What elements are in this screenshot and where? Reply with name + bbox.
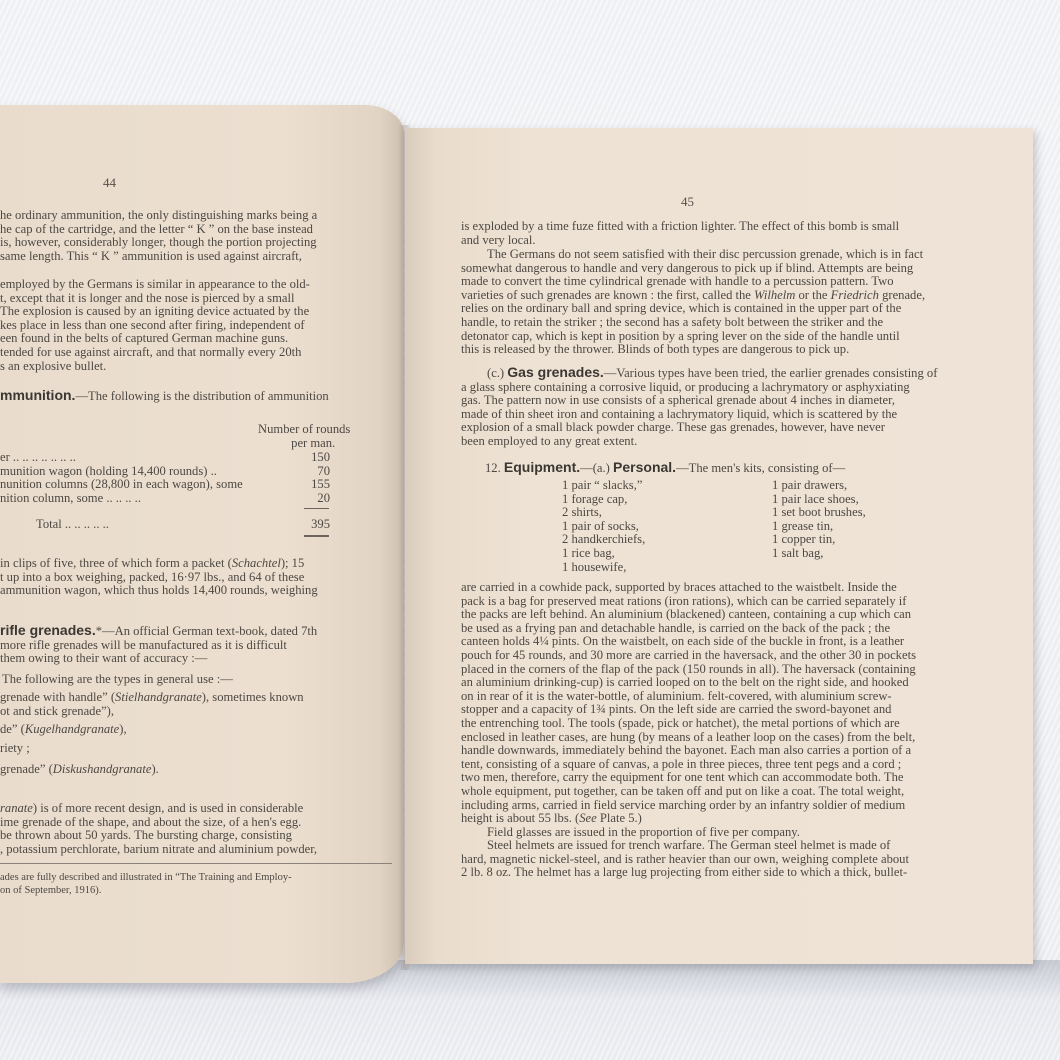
rifle-grenades-heading: rifle grenades. — [0, 622, 96, 638]
table-total: Total .. .. .. .. .. 395 — [0, 518, 330, 532]
list-item: 1 pair drawers, — [772, 479, 866, 493]
ammunition-section: mmunition.—The following is the distribu… — [0, 389, 390, 404]
list-item: 1 grease tin, — [772, 520, 866, 534]
table-rule-top — [304, 508, 329, 509]
list-item: 1 forage cap, — [562, 493, 645, 507]
list-item: ot and stick grenade”), — [0, 705, 386, 719]
right-para-3: are carried in a cowhide pack, supported… — [461, 581, 989, 880]
table-row: nition column, some .. .. .. .. 20 — [0, 492, 330, 506]
field-glasses-para: Field glasses are issued in the proporti… — [461, 826, 989, 840]
right-para-1: is exploded by a time fuze fitted with a… — [461, 220, 989, 247]
personal-heading: Personal. — [613, 459, 676, 475]
table-row: munition wagon (holding 14,400 rounds) .… — [0, 465, 330, 479]
list-item: riety ; — [0, 742, 386, 756]
left-page: 44 he ordinary ammunition, the only dist… — [0, 105, 404, 983]
footnote-divider — [0, 863, 392, 864]
ammunition-table: er .. .. .. .. .. .. .. 150 munition wag… — [0, 451, 330, 505]
equipment-section: 12. Equipment.—(a.) Personal.—The men's … — [485, 461, 985, 476]
list-item: de” (Kugelhandgranate), — [0, 723, 386, 737]
list-item: 1 salt bag, — [772, 547, 866, 561]
ammunition-heading: mmunition. — [0, 387, 75, 403]
gas-grenades-heading: Gas grenades. — [507, 364, 604, 380]
list-item: 1 rice bag, — [562, 547, 645, 561]
list-item: 1 housewife, — [562, 561, 645, 575]
right-page: 45 is exploded by a time fuze fitted wit… — [405, 128, 1033, 964]
list-item: 2 shirts, — [562, 506, 645, 520]
grenade-types-list: grenade with handle” (Stielhandgranate),… — [0, 691, 386, 777]
list-item: 1 pair of socks, — [562, 520, 645, 534]
list-item: grenade with handle” (Stielhandgranate),… — [0, 691, 386, 705]
list-item: 1 pair “ slacks,” — [562, 479, 645, 493]
right-para-2: The Germans do not seem satisfied with t… — [461, 248, 989, 357]
equipment-heading: Equipment. — [504, 459, 580, 475]
kit-list-right: 1 pair drawers, 1 pair lace shoes, 1 set… — [772, 479, 866, 561]
kit-list-left: 1 pair “ slacks,” 1 forage cap, 2 shirts… — [562, 479, 645, 574]
table-row: nunition columns (28,800 in each wagon),… — [0, 478, 330, 492]
page-number-left: 44 — [103, 175, 116, 191]
list-item: 2 handkerchiefs, — [562, 533, 645, 547]
footnote: ades are fully described and illustrated… — [0, 871, 392, 897]
list-item: 1 set boot brushes, — [772, 506, 866, 520]
table-header: Number of rounds per man. — [258, 423, 350, 450]
table-rule-bottom — [304, 535, 329, 537]
page-number-right: 45 — [681, 194, 694, 210]
left-para-1: he ordinary ammunition, the only disting… — [0, 209, 386, 263]
left-para-2: employed by the Germans is similar in ap… — [0, 278, 386, 373]
gas-grenades-section: (c.) Gas grenades.—Various types have be… — [461, 366, 989, 449]
ammunition-intro: —The following is the distribution of am… — [75, 389, 328, 403]
list-item: grenade” (Diskushandgranate). — [0, 763, 386, 777]
left-para-3: in clips of five, three of which form a … — [0, 557, 386, 598]
rifle-grenades-section: rifle grenades.*—An official German text… — [0, 624, 386, 686]
table-row: er .. .. .. .. .. .. .. 150 — [0, 451, 330, 465]
list-item: 1 copper tin, — [772, 533, 866, 547]
list-item: 1 pair lace shoes, — [772, 493, 866, 507]
left-para-4: ranate) is of more recent design, and is… — [0, 802, 386, 856]
